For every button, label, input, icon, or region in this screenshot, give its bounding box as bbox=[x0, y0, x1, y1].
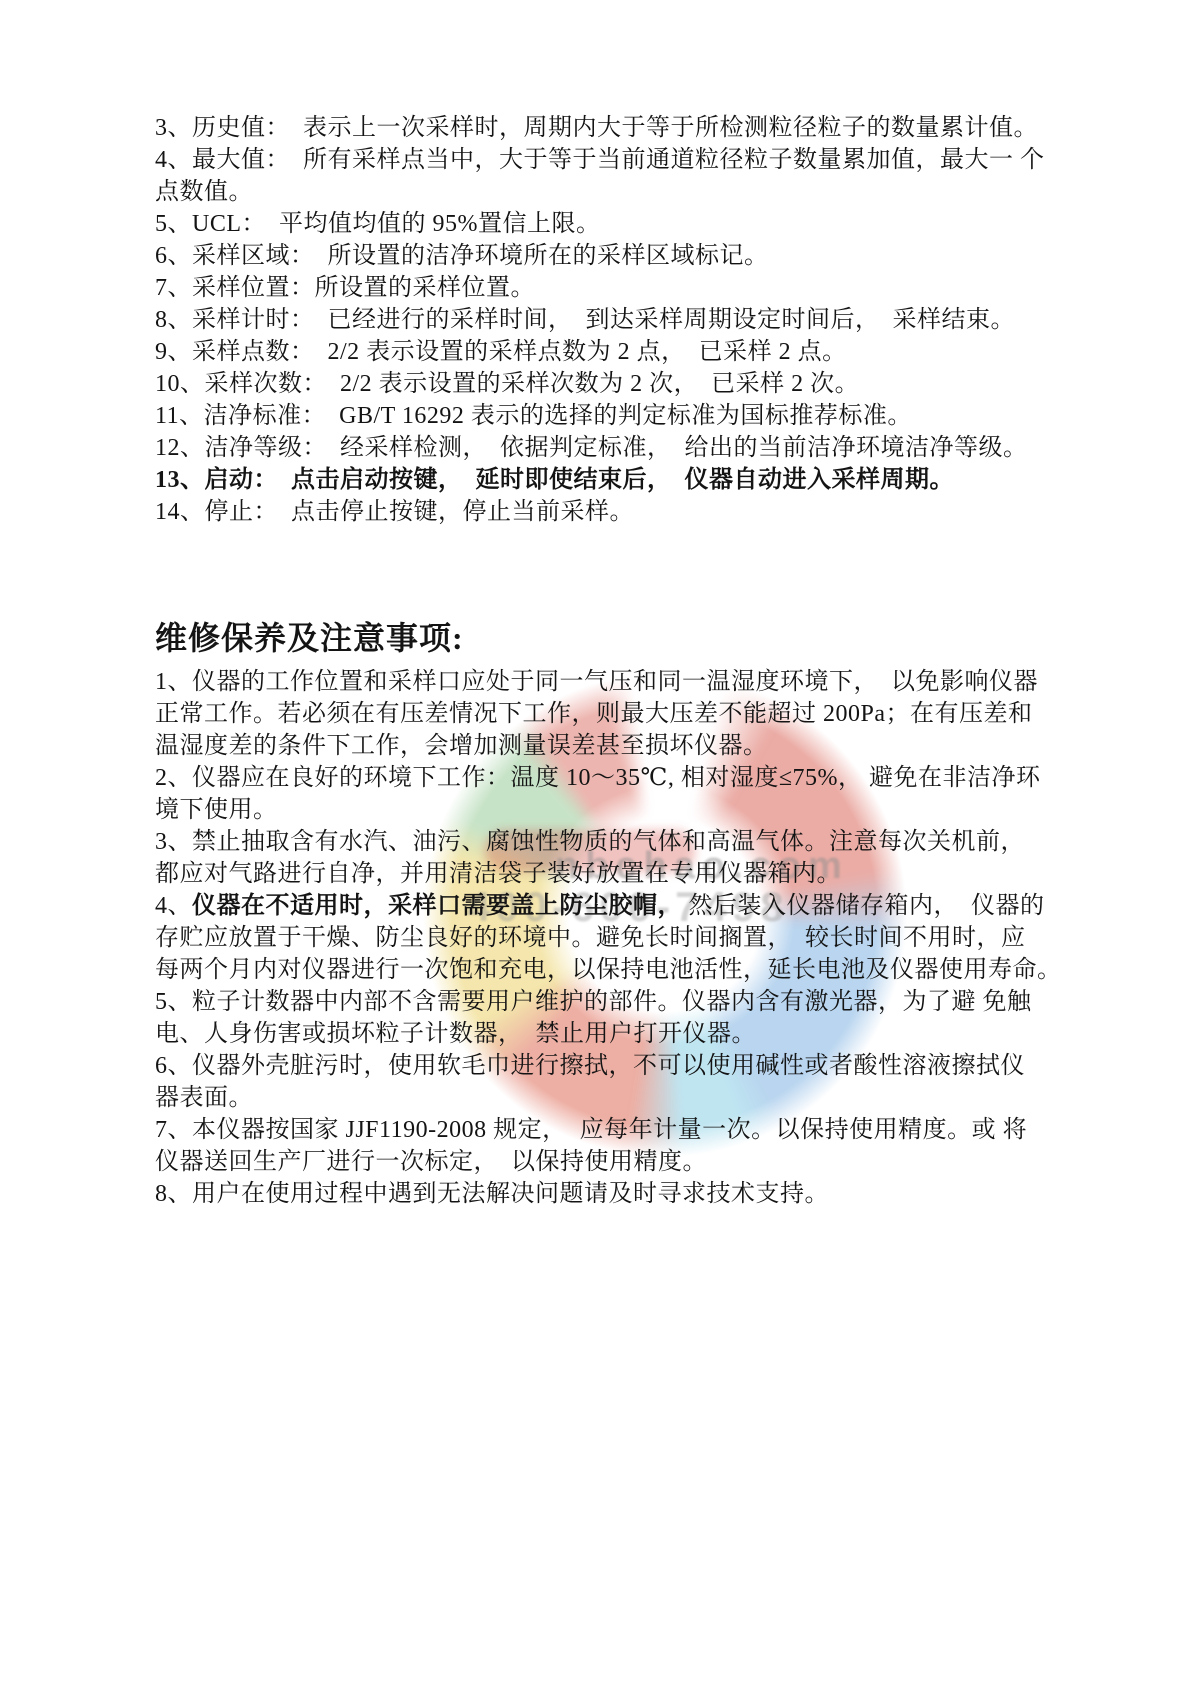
glossary-line: 7、采样位置：所设置的采样位置。 bbox=[155, 272, 1060, 304]
page-content: 3、历史值： 表示上一次采样时，周期内大于等于所检测粒径粒子的数量累计值。4、最… bbox=[0, 0, 1200, 1210]
maintenance-line: 4、仪器在不适用时，采样口需要盖上防尘胶帽， 然后装入仪器储存箱内， 仪器的 bbox=[155, 890, 1060, 922]
maintenance-line: 器表面。 bbox=[155, 1082, 1060, 1114]
glossary-line: 6、采样区域： 所设置的洁净环境所在的采样区域标记。 bbox=[155, 240, 1060, 272]
maintenance-line: 7、本仪器按国家 JJF1190-2008 规定， 应每年计量一次。以保持使用精… bbox=[155, 1114, 1060, 1146]
maintenance-line: 2、仪器应在良好的环境下工作：温度 10～35℃, 相对湿度≤75%， 避免在非… bbox=[155, 762, 1060, 794]
maintenance-line-segment: 每两个月内对仪器进行一次饱和充电，以保持电池活性，延长电池及仪器使用寿命。 bbox=[155, 957, 1062, 983]
glossary-line-segment: 11、洁净标准： GB/T 16292 表示的选择的判定标准为国标推荐标准。 bbox=[155, 403, 912, 429]
maintenance-line: 电、人身伤害或损坏粒子计数器， 禁止用户打开仪器。 bbox=[155, 1018, 1060, 1050]
maintenance-line-segment: 器表面。 bbox=[155, 1085, 253, 1111]
maintenance-line-segment: 存贮应放置于干燥、防尘良好的环境中。避免长时间搁置， 较长时间不用时，应 bbox=[155, 925, 1026, 951]
maintenance-line-segment: 电、人身伤害或损坏粒子计数器， 禁止用户打开仪器。 bbox=[155, 1021, 756, 1047]
maintenance-line-segment: 正常工作。若必须在有压差情况下工作，则最大压差不能超过 200Pa；在有压差和 bbox=[155, 701, 1033, 727]
maintenance-line: 8、用户在使用过程中遇到无法解决问题请及时寻求技术支持。 bbox=[155, 1178, 1060, 1210]
maintenance-line: 每两个月内对仪器进行一次饱和充电，以保持电池活性，延长电池及仪器使用寿命。 bbox=[155, 954, 1060, 986]
glossary-line-segment: 7、采样位置：所设置的采样位置。 bbox=[155, 275, 535, 301]
maintenance-line-segment: 仪器在不适用时，采样口需要盖上防尘胶帽， bbox=[192, 893, 682, 919]
maintenance-line: 温湿度差的条件下工作，会增加测量误差甚至损坏仪器。 bbox=[155, 730, 1060, 762]
glossary-line-segment: 5、UCL： 平均值均值的 95%置信上限。 bbox=[155, 211, 601, 237]
glossary-line-segment: 4、最大值： 所有采样点当中，大于等于当前通道粒径粒子数量累加值，最大一 个 bbox=[155, 147, 1045, 173]
glossary-line-segment: 9、采样点数： 2/2 表示设置的采样点数为 2 点， 已采样 2 点。 bbox=[155, 339, 847, 365]
glossary-line: 12、洁净等级： 经采样检测， 依据判定标准， 给出的当前洁净环境洁净等级。 bbox=[155, 432, 1060, 464]
maintenance-list: 1、仪器的工作位置和采样口应处于同一气压和同一温湿度环境下， 以免影响仪器正常工… bbox=[155, 666, 1060, 1210]
glossary-line-segment: 6、采样区域： 所设置的洁净环境所在的采样区域标记。 bbox=[155, 243, 769, 269]
maintenance-line-segment: 都应对气路进行自净，并用清洁袋子装好放置在专用仪器箱内。 bbox=[155, 861, 841, 887]
manual-page: nbchao.com 400-600-7498 3、历史值： 表示上一次采样时，… bbox=[0, 0, 1200, 1697]
maintenance-line-segment: 2、仪器应在良好的环境下工作：温度 10～35℃, 相对湿度≤75%， 避免在非… bbox=[155, 765, 1041, 791]
maintenance-line: 5、粒子计数器中内部不含需要用户维护的部件。仪器内含有激光器，为了避 免触 bbox=[155, 986, 1060, 1018]
glossary-line: 8、采样计时： 已经进行的采样时间， 到达采样周期设定时间后， 采样结束。 bbox=[155, 304, 1060, 336]
glossary-line: 点数值。 bbox=[155, 176, 1060, 208]
glossary-line-segment: 12、洁净等级： 经采样检测， 依据判定标准， 给出的当前洁净环境洁净等级。 bbox=[155, 435, 1028, 461]
glossary-line-segment: 3、历史值： 表示上一次采样时，周期内大于等于所检测粒径粒子的数量累计值。 bbox=[155, 115, 1038, 141]
glossary-line: 13、启动： 点击启动按键， 延时即使结束后， 仪器自动进入采样周期。 bbox=[155, 464, 1060, 496]
maintenance-line-segment: 5、粒子计数器中内部不含需要用户维护的部件。仪器内含有激光器，为了避 免触 bbox=[155, 989, 1032, 1015]
glossary-line-segment: 10、采样次数： 2/2 表示设置的采样次数为 2 次， 已采样 2 次。 bbox=[155, 371, 859, 397]
maintenance-line: 存贮应放置于干燥、防尘良好的环境中。避免长时间搁置， 较长时间不用时，应 bbox=[155, 922, 1060, 954]
glossary-line: 11、洁净标准： GB/T 16292 表示的选择的判定标准为国标推荐标准。 bbox=[155, 400, 1060, 432]
maintenance-line-segment: 8、用户在使用过程中遇到无法解决问题请及时寻求技术支持。 bbox=[155, 1181, 829, 1207]
glossary-line-segment: 13、启动： 点击启动按键， 延时即使结束后， 仪器自动进入采样周期。 bbox=[155, 467, 954, 493]
maintenance-line-segment: 7、本仪器按国家 JJF1190-2008 规定， 应每年计量一次。以保持使用精… bbox=[155, 1117, 1027, 1143]
glossary-line-segment: 点数值。 bbox=[155, 179, 253, 205]
maintenance-line: 1、仪器的工作位置和采样口应处于同一气压和同一温湿度环境下， 以免影响仪器 bbox=[155, 666, 1060, 698]
maintenance-line-segment: 仪器送回生产厂进行一次标定， 以保持使用精度。 bbox=[155, 1149, 707, 1175]
glossary-line: 4、最大值： 所有采样点当中，大于等于当前通道粒径粒子数量累加值，最大一 个 bbox=[155, 144, 1060, 176]
maintenance-line-segment: 6、仪器外壳脏污时，使用软毛巾进行擦拭，不可以使用碱性或者酸性溶液擦拭仪 bbox=[155, 1053, 1025, 1079]
glossary-line: 14、停止： 点击停止按键，停止当前采样。 bbox=[155, 496, 1060, 528]
glossary-line: 10、采样次数： 2/2 表示设置的采样次数为 2 次， 已采样 2 次。 bbox=[155, 368, 1060, 400]
maintenance-line-segment: 1、仪器的工作位置和采样口应处于同一气压和同一温湿度环境下， 以免影响仪器 bbox=[155, 669, 1038, 695]
glossary-list: 3、历史值： 表示上一次采样时，周期内大于等于所检测粒径粒子的数量累计值。4、最… bbox=[155, 112, 1060, 528]
maintenance-line: 6、仪器外壳脏污时，使用软毛巾进行擦拭，不可以使用碱性或者酸性溶液擦拭仪 bbox=[155, 1050, 1060, 1082]
glossary-line: 9、采样点数： 2/2 表示设置的采样点数为 2 点， 已采样 2 点。 bbox=[155, 336, 1060, 368]
maintenance-heading: 维修保养及注意事项: bbox=[155, 616, 1060, 660]
glossary-line: 3、历史值： 表示上一次采样时，周期内大于等于所检测粒径粒子的数量累计值。 bbox=[155, 112, 1060, 144]
glossary-line-segment: 8、采样计时： 已经进行的采样时间， 到达采样周期设定时间后， 采样结束。 bbox=[155, 307, 1015, 333]
maintenance-line-segment: 境下使用。 bbox=[155, 797, 278, 823]
maintenance-line-segment: 3、禁止抽取含有水汽、油污、腐蚀性物质的气体和高温气体。注意每次关机前， bbox=[155, 829, 1025, 855]
maintenance-line-segment: 温湿度差的条件下工作，会增加测量误差甚至损坏仪器。 bbox=[155, 733, 768, 759]
maintenance-line: 境下使用。 bbox=[155, 794, 1060, 826]
glossary-line-segment: 14、停止： 点击停止按键，停止当前采样。 bbox=[155, 499, 634, 525]
maintenance-line: 正常工作。若必须在有压差情况下工作，则最大压差不能超过 200Pa；在有压差和 bbox=[155, 698, 1060, 730]
maintenance-line: 都应对气路进行自净，并用清洁袋子装好放置在专用仪器箱内。 bbox=[155, 858, 1060, 890]
maintenance-line-segment: 4、 bbox=[155, 893, 192, 919]
maintenance-line: 3、禁止抽取含有水汽、油污、腐蚀性物质的气体和高温气体。注意每次关机前， bbox=[155, 826, 1060, 858]
maintenance-line-segment: 然后装入仪器储存箱内， 仪器的 bbox=[682, 893, 1045, 919]
glossary-line: 5、UCL： 平均值均值的 95%置信上限。 bbox=[155, 208, 1060, 240]
maintenance-line: 仪器送回生产厂进行一次标定， 以保持使用精度。 bbox=[155, 1146, 1060, 1178]
